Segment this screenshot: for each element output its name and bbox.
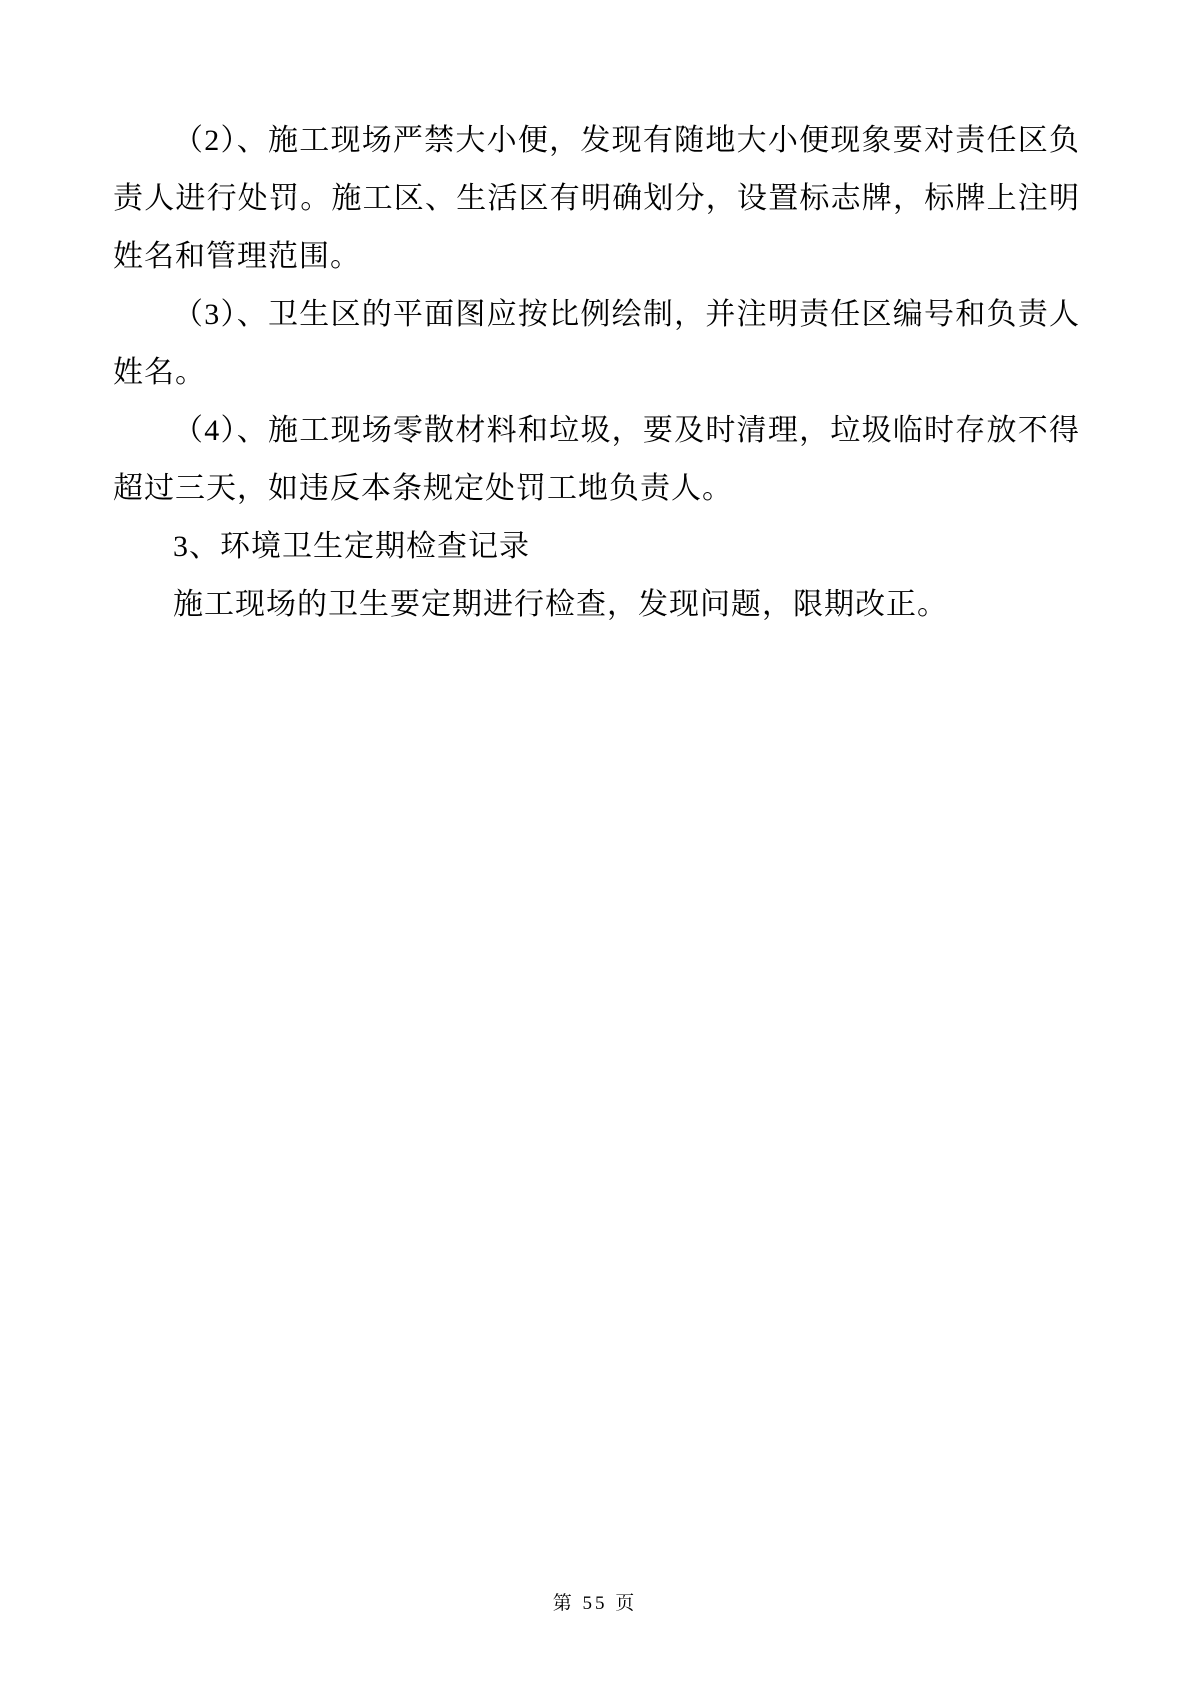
paragraph-item-2: （2）、施工现场严禁大小便，发现有随地大小便现象要对责任区负责人进行处罚。施工区… <box>113 112 1080 286</box>
paragraph-heading-3: 3、环境卫生定期检查记录 <box>113 518 1080 576</box>
document-body: （2）、施工现场严禁大小便，发现有随地大小便现象要对责任区负责人进行处罚。施工区… <box>113 112 1080 634</box>
page-number: 第 55 页 <box>0 1588 1190 1615</box>
paragraph-item-4: （4）、施工现场零散材料和垃圾，要及时清理，垃圾临时存放不得超过三天，如违反本条… <box>113 402 1080 518</box>
paragraph-item-3: （3）、卫生区的平面图应按比例绘制，并注明责任区编号和负责人姓名。 <box>113 286 1080 402</box>
document-page: （2）、施工现场严禁大小便，发现有随地大小便现象要对责任区负责人进行处罚。施工区… <box>0 0 1190 1683</box>
paragraph-body-last: 施工现场的卫生要定期进行检查，发现问题，限期改正。 <box>113 576 1080 634</box>
